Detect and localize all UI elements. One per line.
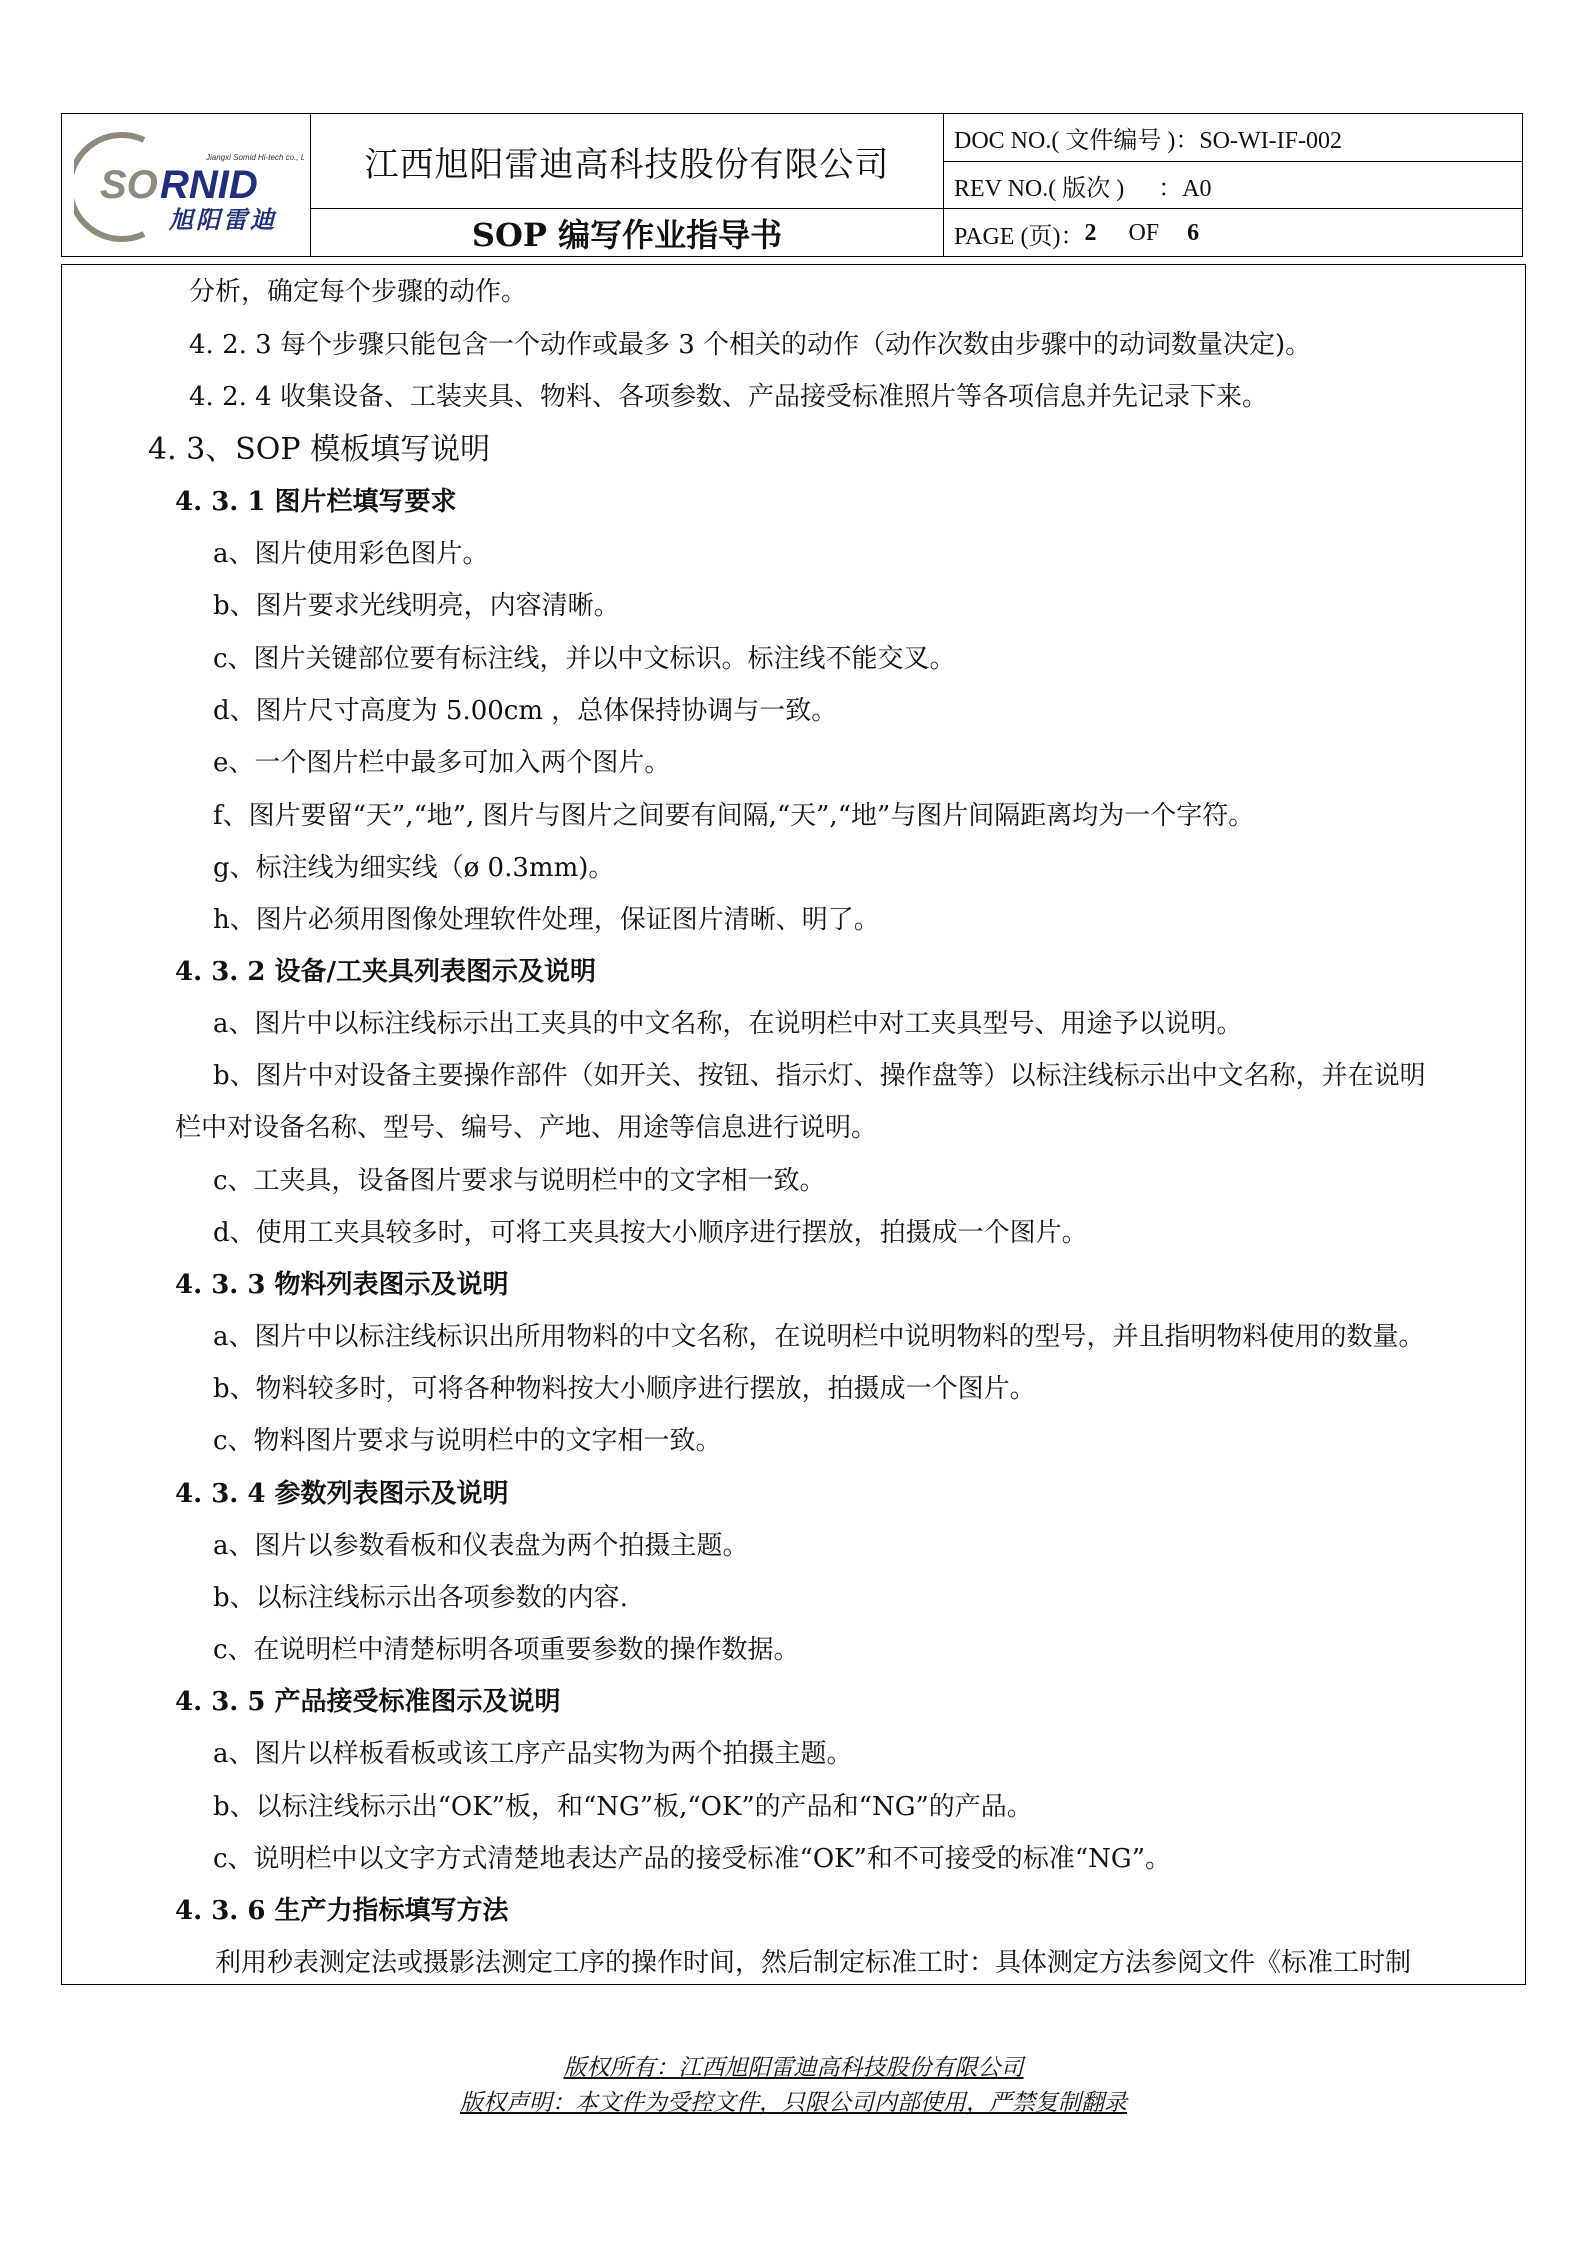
list-item: g、标注线为细实线（ø 0.3mm)。: [213, 853, 614, 883]
subsection-heading-4-3-5: 4. 3. 5 产品接受标准图示及说明: [175, 1687, 561, 1717]
logo-chinese: 旭阳雷迪: [168, 206, 277, 234]
list-item: h、图片必须用图像处理软件处理，保证图片清晰、明了。: [213, 905, 880, 935]
document-header: Jiangxi Somid Hi-tech co., Ltd SO RNID 旭…: [61, 113, 1523, 257]
list-item: a、图片中以标注线标示出工夹具的中文名称，在说明栏中对工夹具型号、用途予以说明。: [213, 1009, 1243, 1039]
title-cell: 江西旭阳雷迪高科技股份有限公司 SOP 编写作业指导书: [311, 114, 944, 256]
page-of: OF: [1128, 220, 1159, 247]
page-current: 2: [1084, 220, 1096, 247]
list-item: b、以标注线标示出各项参数的内容.: [213, 1583, 628, 1613]
list-item: d、使用工夹具较多时，可将工夹具按大小顺序进行摆放，拍摄成一个图片。: [213, 1218, 1088, 1248]
revision-number: REV NO.( 版次 ) ：A0: [944, 162, 1522, 209]
company-logo-icon: Jiangxi Somid Hi-tech co., Ltd SO RNID 旭…: [74, 132, 304, 242]
paragraph-line: 利用秒表测定法或摄影法测定工序的操作时间，然后制定标准工时：具体测定方法参阅文件…: [215, 1948, 1411, 1978]
doc-number-text: DOC NO.( 文件编号 )：SO-WI-IF-002: [954, 120, 1342, 155]
subsection-heading-4-3-6: 4. 3. 6 生产力指标填写方法: [175, 1896, 509, 1926]
section-heading-4-3: 4. 3、SOP 模板填写说明: [148, 435, 490, 465]
list-item: a、图片使用彩色图片。: [213, 539, 489, 569]
doc-number: DOC NO.( 文件编号 )：SO-WI-IF-002: [944, 114, 1522, 162]
footer-notice: 版权声明：本文件为受控文件，只限公司内部使用，严禁复制翻录: [0, 2084, 1587, 2117]
list-item: e、一个图片栏中最多可加入两个图片。: [213, 748, 670, 778]
list-item: b、图片要求光线明亮，内容清晰。: [213, 591, 620, 621]
subsection-heading-4-3-4: 4. 3. 4 参数列表图示及说明: [175, 1479, 509, 1509]
list-item: c、在说明栏中清楚标明各项重要参数的操作数据。: [213, 1635, 800, 1665]
list-item: b、图片中对设备主要操作部件（如开关、按钮、指示灯、操作盘等）以标注线标示出中文…: [213, 1061, 1426, 1091]
company-name: 江西旭阳雷迪高科技股份有限公司: [311, 114, 943, 209]
paragraph-line: 分析，确定每个步骤的动作。: [189, 277, 527, 307]
logo-cell: Jiangxi Somid Hi-tech co., Ltd SO RNID 旭…: [62, 114, 311, 256]
page-total: 6: [1187, 220, 1199, 247]
list-item: c、工夹具，设备图片要求与说明栏中的文字相一致。: [213, 1166, 826, 1196]
subsection-heading-4-3-3: 4. 3. 3 物料列表图示及说明: [175, 1270, 509, 1300]
list-item: f、图片要留“天”,“地”, 图片与图片之间要有间隔,“天”,“地”与图片间隔距…: [213, 801, 1254, 831]
logo-brand-gray: SO: [100, 163, 158, 207]
paragraph-line: 4. 2. 4 收集设备、工装夹具、物料、各项参数、产品接受标准照片等各项信息并…: [189, 382, 1268, 412]
footer-copyright: 版权所有：江西旭阳雷迪高科技股份有限公司: [0, 2049, 1587, 2082]
list-item: b、物料较多时，可将各种物料按大小顺序进行摆放，拍摄成一个图片。: [213, 1374, 1036, 1404]
list-item: a、图片以样板看板或该工序产品实物为两个拍摄主题。: [213, 1739, 853, 1769]
logo-tagline: Jiangxi Somid Hi-tech co., Ltd: [205, 153, 304, 162]
subsection-heading-4-3-1: 4. 3. 1 图片栏填写要求: [175, 487, 457, 517]
list-item: c、物料图片要求与说明栏中的文字相一致。: [213, 1426, 722, 1456]
rev-label: REV NO.( 版次 ): [954, 168, 1124, 203]
subsection-heading-4-3-2: 4. 3. 2 设备/工夹具列表图示及说明: [175, 957, 596, 987]
list-item: c、说明栏中以文字方式清楚地表达产品的接受标准“OK”和不可接受的标准“NG”。: [213, 1844, 1171, 1874]
document-title: SOP 编写作业指导书: [311, 209, 943, 257]
page-label: PAGE (页)：: [954, 216, 1084, 251]
list-item: d、图片尺寸高度为 5.00cm ，总体保持协调与一致。: [213, 696, 837, 726]
list-item: a、图片以参数看板和仪表盘为两个拍摄主题。: [213, 1531, 749, 1561]
list-item: b、以标注线标示出“OK”板，和“NG”板,“OK”的产品和“NG”的产品。: [213, 1792, 1033, 1822]
list-item: a、图片中以标注线标识出所用物料的中文名称，在说明栏中说明物料的型号，并且指明物…: [213, 1322, 1425, 1352]
list-item-continuation: 栏中对设备名称、型号、编号、产地、用途等信息进行说明。: [175, 1113, 877, 1143]
paragraph-line: 4. 2. 3 每个步骤只能包含一个动作或最多 3 个相关的动作（动作次数由步骤…: [189, 330, 1311, 360]
rev-value: ：A0: [1158, 168, 1211, 203]
page-number: PAGE (页)： 2 OF 6: [944, 209, 1522, 257]
document-info: DOC NO.( 文件编号 )：SO-WI-IF-002 REV NO.( 版次…: [944, 114, 1522, 256]
list-item: c、图片关键部位要有标注线，并以中文标识。标注线不能交叉。: [213, 644, 956, 674]
logo-brand-navy: RNID: [160, 163, 258, 207]
